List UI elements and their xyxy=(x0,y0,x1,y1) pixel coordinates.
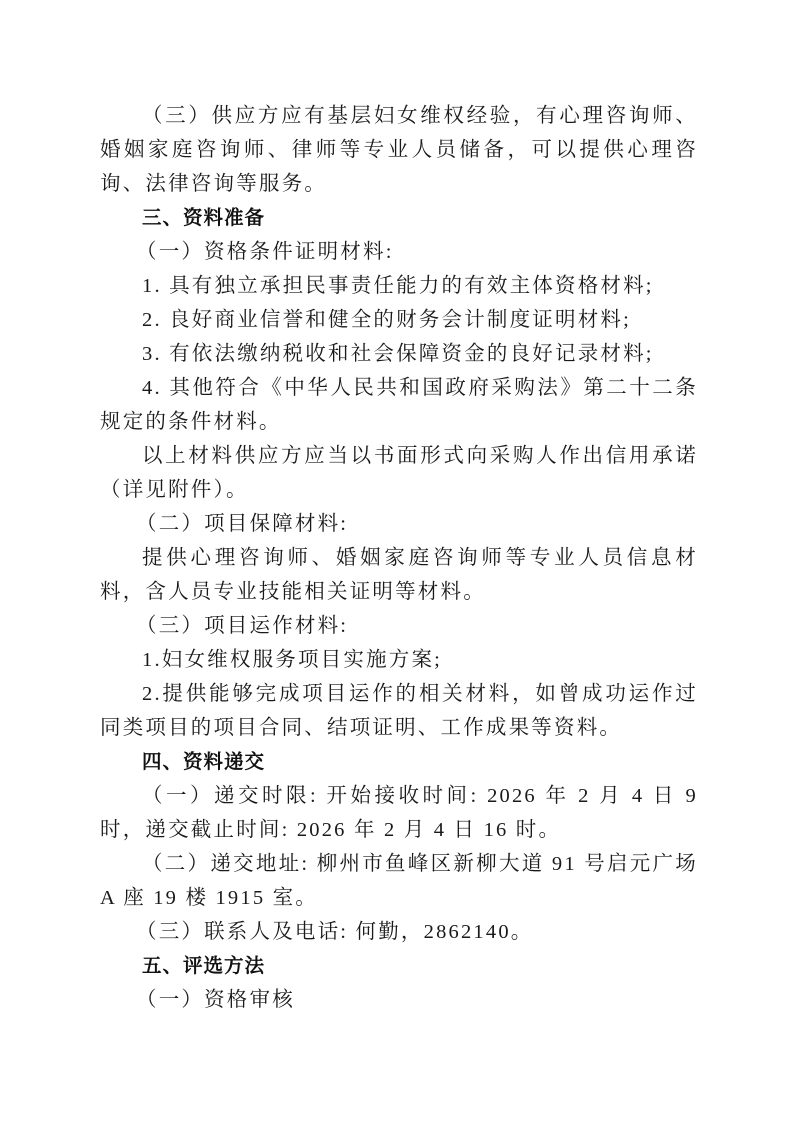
paragraph-credit-commitment: 以上材料供应方应当以书面形式向采购人作出信用承诺（详见附件）。 xyxy=(100,439,698,507)
list-item-2: 2. 良好商业信誉和健全的财务会计制度证明材料; xyxy=(100,303,698,337)
heading-section-5: 五、评选方法 xyxy=(100,949,698,983)
paragraph-staff-info: 提供心理咨询师、婚姻家庭咨询师等专业人员信息材料，含人员专业技能相关证明等材料。 xyxy=(100,541,698,609)
subheading-project-operation: （三）项目运作材料: xyxy=(100,609,698,643)
list-item-1: 1. 具有独立承担民事责任能力的有效主体资格材料; xyxy=(100,269,698,303)
list-item-4: 4. 其他符合《中华人民共和国政府采购法》第二十二条规定的条件材料。 xyxy=(100,371,698,439)
list-item-3: 3. 有依法缴纳税收和社会保障资金的良好记录材料; xyxy=(100,337,698,371)
operation-item-2: 2.提供能够完成项目运作的相关材料，如曾成功运作过同类项目的项目合同、结项证明、… xyxy=(100,677,698,745)
paragraph-submission-address: （二）递交地址: 柳州市鱼峰区新柳大道 91 号启元广场 A 座 19 楼 19… xyxy=(100,847,698,915)
operation-item-1: 1.妇女维权服务项目实施方案; xyxy=(100,643,698,677)
heading-section-3: 三、资料准备 xyxy=(100,201,698,235)
paragraph-contact: （三）联系人及电话: 何勤，2862140。 xyxy=(100,915,698,949)
heading-section-4: 四、资料递交 xyxy=(100,745,698,779)
document-page: （三）供应方应有基层妇女维权经验，有心理咨询师、婚姻家庭咨询师、律师等专业人员储… xyxy=(100,99,698,1017)
subheading-project-guarantee: （二）项目保障材料: xyxy=(100,507,698,541)
subheading-qualification-materials: （一）资格条件证明材料: xyxy=(100,235,698,269)
subheading-qualification-review: （一）资格审核 xyxy=(100,983,698,1017)
paragraph-submission-time: （一）递交时限: 开始接收时间: 2026 年 2 月 4 日 9 时，递交截止… xyxy=(100,779,698,847)
paragraph-supplier-requirement-3: （三）供应方应有基层妇女维权经验，有心理咨询师、婚姻家庭咨询师、律师等专业人员储… xyxy=(100,99,698,201)
